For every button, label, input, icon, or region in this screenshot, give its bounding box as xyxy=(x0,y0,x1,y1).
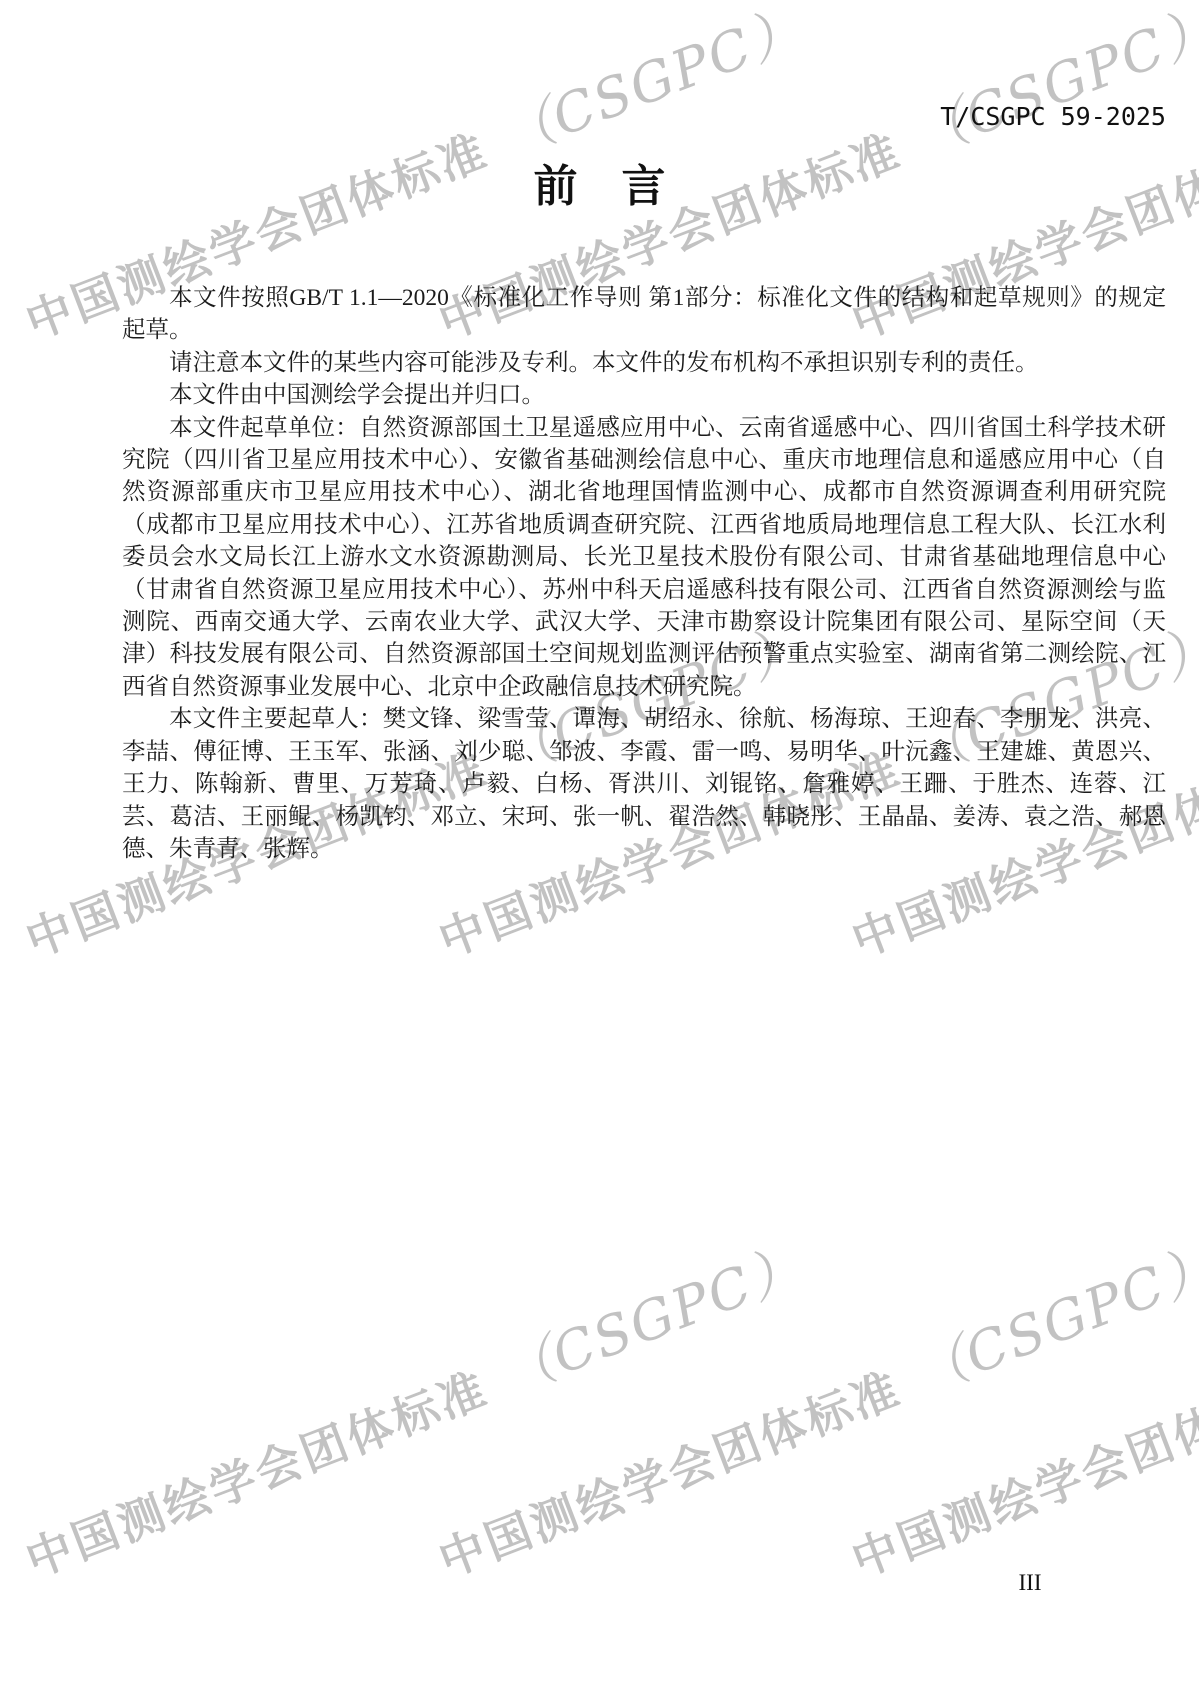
page-number: III xyxy=(990,1570,1070,1596)
standard-doc-number: T/CSGPC 59-2025 xyxy=(122,102,1166,131)
foreword-body: 本文件按照GB/T 1.1—2020《标准化工作导则 第1部分：标准化文件的结构… xyxy=(122,282,1166,865)
document-page: 中国测绘学会团体标准 （CSGPC）中国测绘学会团体标准 （CSGPC）中国测绘… xyxy=(0,0,1199,1696)
paragraph-drafting-rules: 本文件按照GB/T 1.1—2020《标准化工作导则 第1部分：标准化文件的结构… xyxy=(122,282,1166,347)
content-layer: T/CSGPC 59-2025 前 言 本文件按照GB/T 1.1—2020《标… xyxy=(0,0,1199,1696)
paragraph-patent-notice: 请注意本文件的某些内容可能涉及专利。本文件的发布机构不承担识别专利的责任。 xyxy=(122,347,1166,379)
paragraph-main-drafters: 本文件主要起草人：樊文锋、梁雪莹、谭海、胡绍永、徐航、杨海琼、王迎春、李朋龙、洪… xyxy=(122,703,1166,865)
paragraph-drafting-units: 本文件起草单位：自然资源部国土卫星遥感应用中心、云南省遥感中心、四川省国土科学技… xyxy=(122,412,1166,704)
paragraph-proposed-by: 本文件由中国测绘学会提出并归口。 xyxy=(122,379,1166,411)
page-title: 前 言 xyxy=(0,150,1199,214)
